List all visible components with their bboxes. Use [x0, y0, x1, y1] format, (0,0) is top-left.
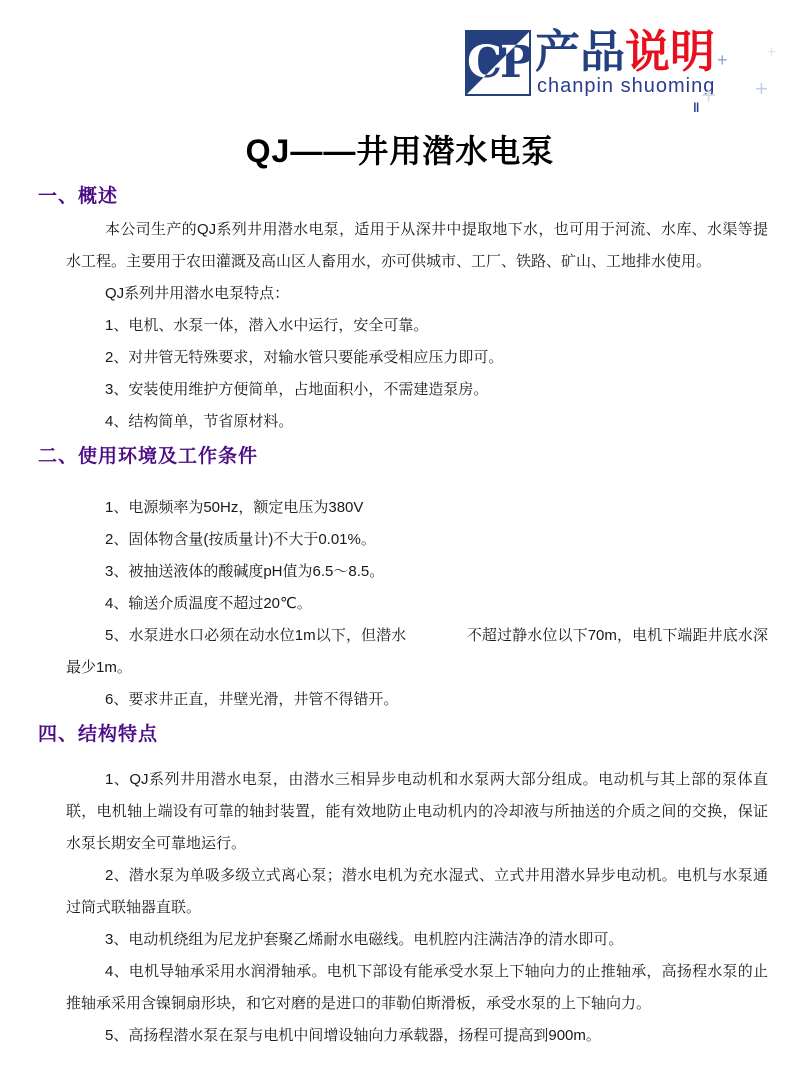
plus-mark-icon: +: [767, 44, 776, 62]
paragraph: 4、电机导轴承采用水润滑轴承。电机下部设有能承受水泵上下轴向力的止推轴承，高扬程…: [66, 956, 768, 1020]
document-body: 一、概述 本公司生产的QJ系列井用潜水电泵，适用于从深井中提取地下水，也可用于河…: [66, 178, 768, 1052]
list-item: 6、要求井正直，井壁光滑，井管不得错开。: [66, 684, 768, 716]
paragraph: 2、潜水泵为单吸多级立式离心泵；潜水电机为充水湿式、立式井用潜水异步电动机。电机…: [66, 860, 768, 924]
paragraph: QJ系列井用潜水电泵特点：: [66, 278, 768, 310]
plus-mark-icon: +: [717, 50, 728, 71]
list-item: 3、安装使用维护方便简单，占地面积小，不需建造泵房。: [66, 374, 768, 406]
cp-monogram-icon: CP CP: [465, 30, 531, 96]
double-bar-icon: ‖: [693, 100, 699, 115]
list-item: 2、对井管无特殊要求，对输水管只要能承受相应压力即可。: [66, 342, 768, 374]
brand-pinyin: chanpin shuoming: [537, 75, 715, 98]
document-page: CP CP 产品说明 chanpin shuoming + + + + ‖ QJ…: [0, 0, 800, 1078]
plus-mark-icon: +: [701, 80, 716, 111]
paragraph: 本公司生产的QJ系列井用潜水电泵，适用于从深井中提取地下水，也可用于河流、水库、…: [66, 214, 768, 278]
plus-mark-icon: +: [755, 76, 768, 102]
list-item: 4、输送介质温度不超过20℃。: [66, 588, 768, 620]
section-heading-overview: 一、概述: [38, 184, 768, 210]
list-item: 3、被抽送液体的酸碱度pH值为6.5～8.5。: [66, 556, 768, 588]
section-heading-structure: 四、结构特点: [38, 722, 768, 748]
list-item: 1、电机、水泵一体，潜入水中运行，安全可靠。: [66, 310, 768, 342]
paragraph: 5、高扬程潜水泵在泵与电机中间增设轴向力承载器，扬程可提高到900m。: [66, 1020, 768, 1052]
page-title: QJ——井用潜水电泵: [0, 126, 800, 172]
list-item: 4、结构简单，节省原材料。: [66, 406, 768, 438]
brand-logo: CP CP 产品说明 chanpin shuoming + + + + ‖: [465, 28, 785, 108]
list-item: 1、电源频率为50Hz，额定电压为380V: [66, 492, 768, 524]
list-item: 2、固体物含量(按质量计)不大于0.01%。: [66, 524, 768, 556]
section-heading-conditions: 二、使用环境及工作条件: [38, 444, 768, 470]
brand-name-red: 说明: [625, 25, 715, 78]
paragraph: 3、电动机绕组为尼龙护套聚乙烯耐水电磁线。电机腔内注满洁净的清水即可。: [66, 924, 768, 956]
brand-name-chinese: 产品说明: [535, 28, 715, 76]
paragraph: 1、QJ系列井用潜水电泵，由潜水三相异步电动机和水泵两大部分组成。电动机与其上部…: [66, 764, 768, 860]
brand-name-blue: 产品: [535, 25, 625, 78]
list-item: 5、水泵进水口必须在动水位1m以下，但潜水 不超过静水位以下70m，电机下端距井…: [66, 620, 768, 684]
